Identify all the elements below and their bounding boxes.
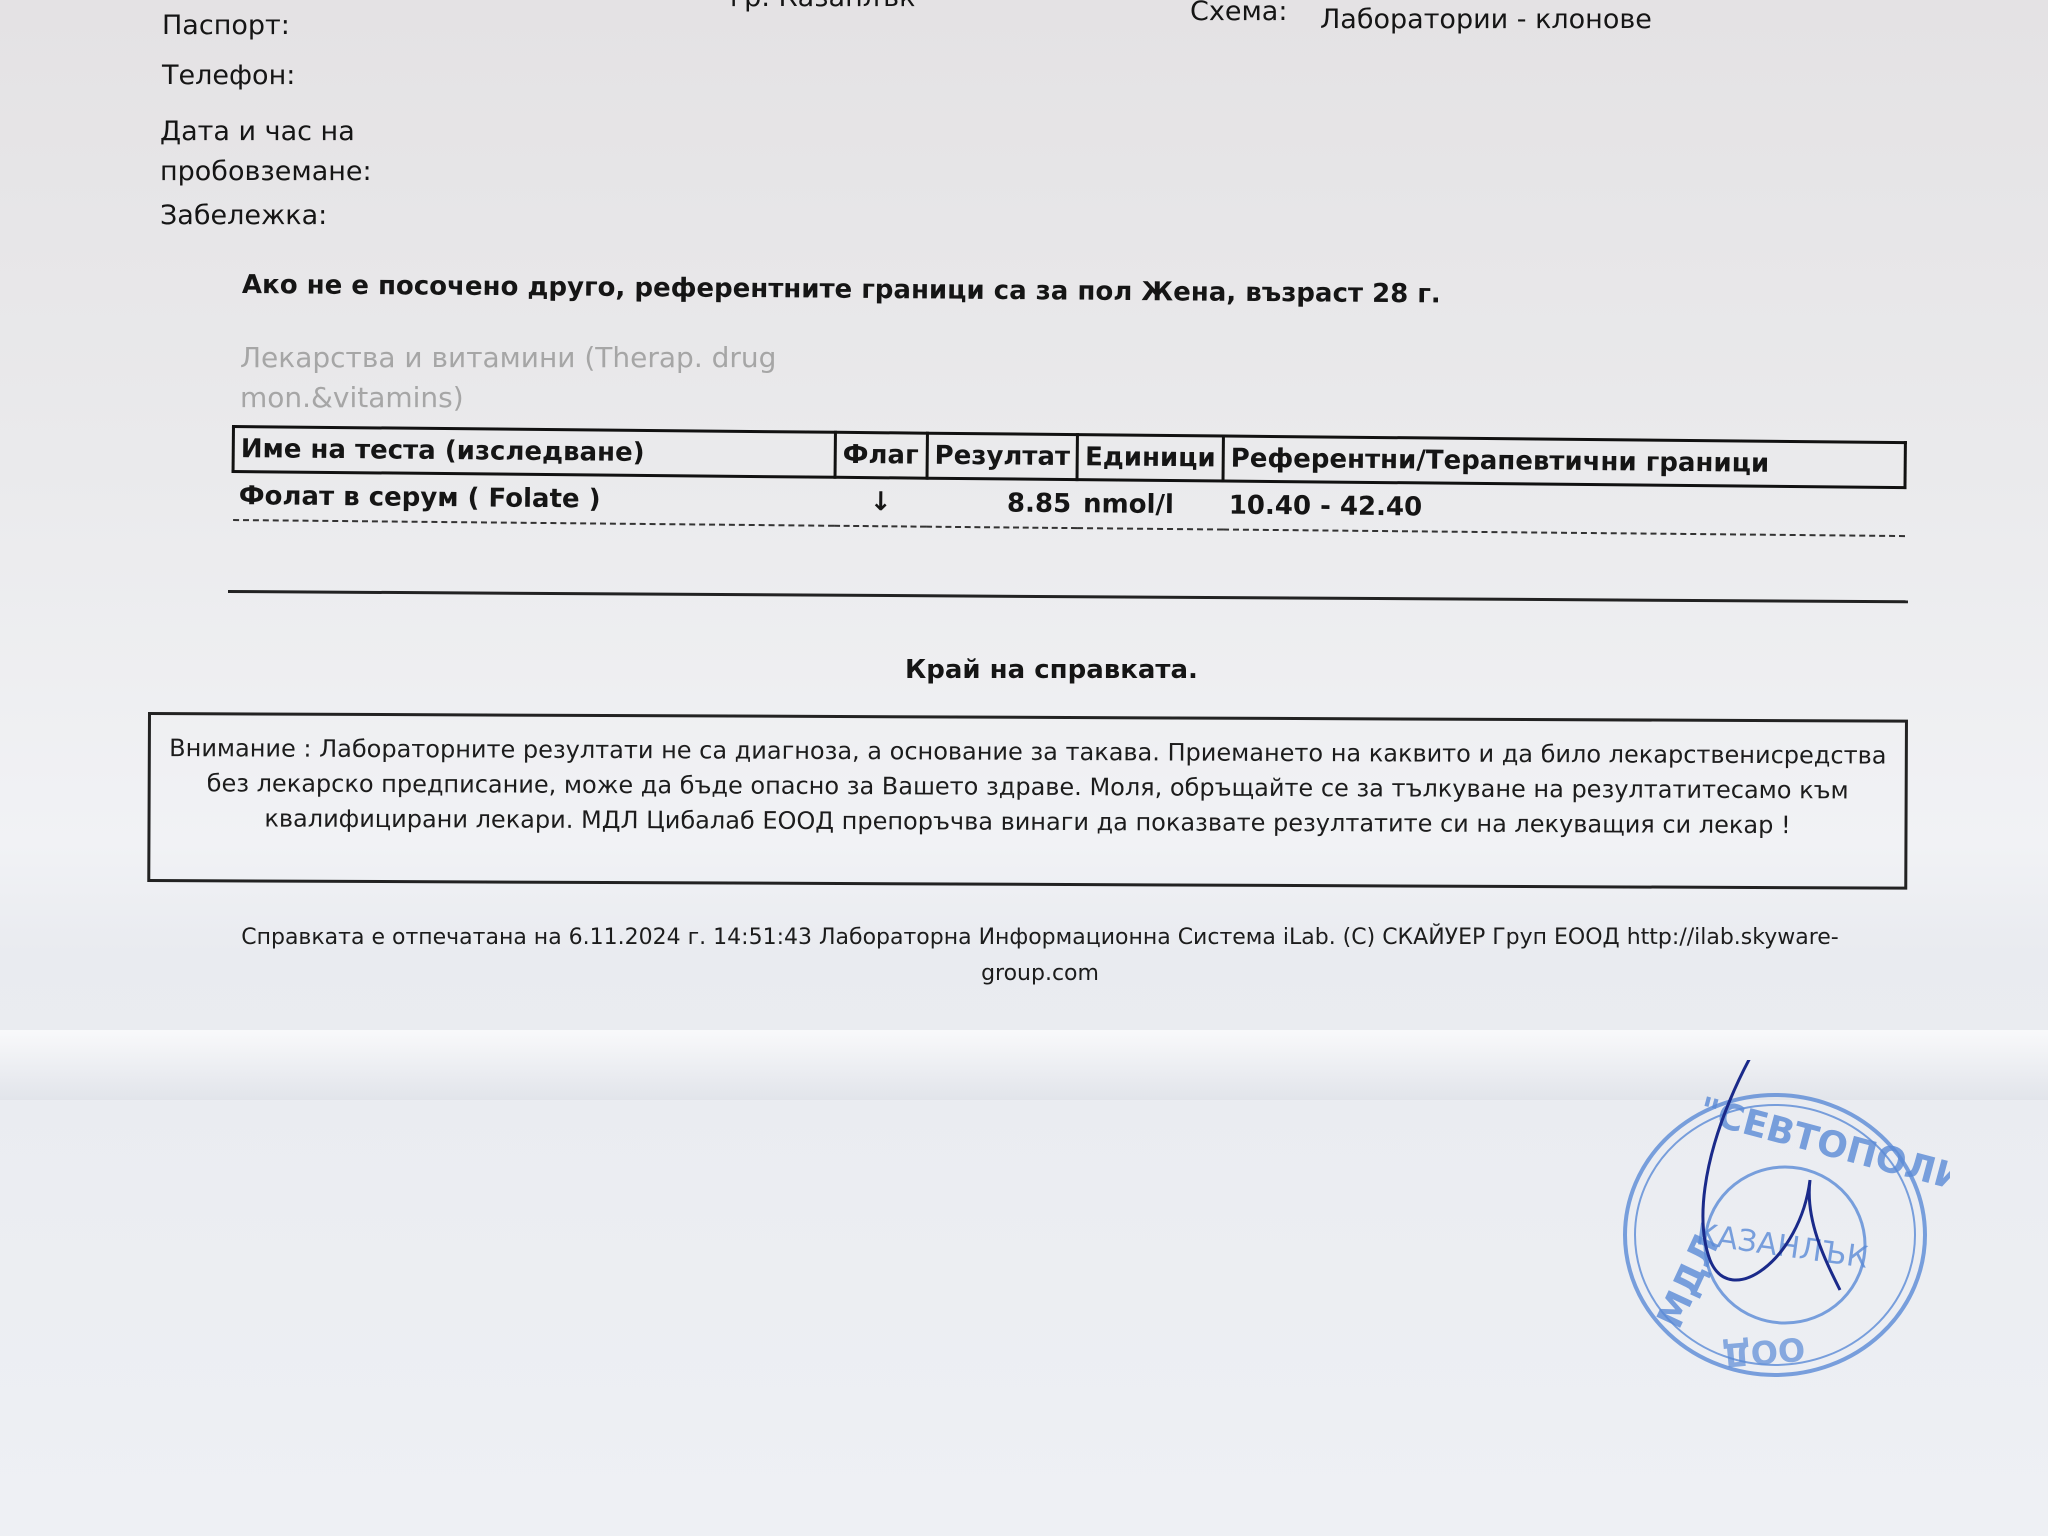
col-units: Единици [1077, 435, 1223, 481]
field-note-label: Забележка: [160, 200, 327, 231]
col-flag: Флаг [835, 432, 927, 478]
result-value: 8.85 [926, 478, 1077, 528]
col-reference: Референтни/Терапевтични граници [1223, 436, 1905, 488]
svg-text:МДЛ: МДЛ [1650, 1229, 1728, 1335]
footer-text: Справката е отпечатана на 6.11.2024 г. 1… [241, 925, 1839, 986]
svg-text:ООД: ООД [1721, 1329, 1807, 1374]
end-of-report: Край на справката. [905, 655, 1198, 685]
schema-label: Схема: [1190, 0, 1287, 27]
col-result: Резултат [927, 433, 1078, 479]
reference-note: Ако не е посочено друго, референтните гр… [242, 270, 1441, 309]
test-name: Фолат в серум ( Folate ) [233, 472, 835, 526]
reference-range: 10.40 - 42.40 [1223, 481, 1905, 536]
address-partial: гр. Казанлък [730, 0, 915, 13]
field-passport-label: Паспорт: [162, 10, 290, 41]
lab-stamp-icon: КАЗАНЛЪК "СЕВТОПОЛИС МДЛ ООД [1600, 1060, 1950, 1380]
field-sampling-date-label: Дата и час на пробовземане: [160, 112, 420, 192]
results-table: Име на теста (изследване) Флаг Резултат … [231, 425, 1907, 537]
divider [228, 590, 1908, 603]
warning-text: Внимание : Лабораторните резултати не са… [169, 734, 1886, 839]
arrow-down-icon: ↓ [834, 477, 926, 526]
col-test-name: Име на теста (изследване) [233, 427, 835, 478]
results-table-container: Име на теста (изследване) Флаг Резултат … [231, 425, 1907, 537]
schema-value: Лаборатории - клонове [1320, 4, 1652, 35]
warning-box: Внимание : Лабораторните резултати не са… [147, 712, 1908, 890]
result-units: nmol/l [1077, 480, 1223, 530]
section-title: Лекарства и витамини (Therap. drug mon.&… [240, 338, 940, 418]
print-footer: Справката е отпечатана на 6.11.2024 г. 1… [190, 920, 1890, 992]
field-phone-label: Телефон: [162, 60, 295, 91]
svg-text:"СЕВТОПОЛИС: "СЕВТОПОЛИС [1695, 1090, 1950, 1207]
